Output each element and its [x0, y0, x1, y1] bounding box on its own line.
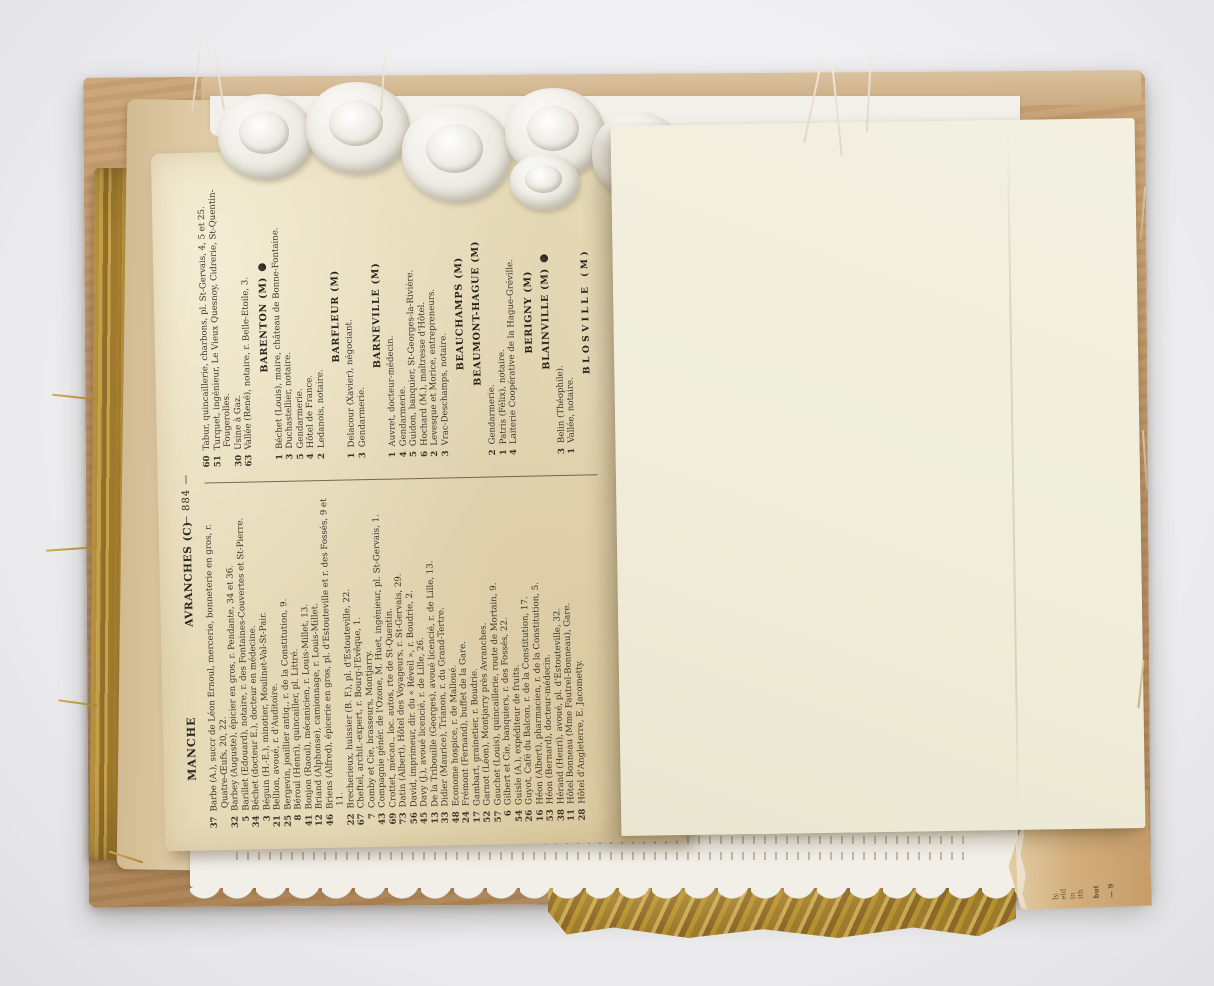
- subscriber-number: 30: [234, 455, 245, 477]
- subscriber-number: 1: [567, 448, 578, 470]
- lace-rose: [306, 82, 410, 174]
- subscriber-number: 69: [388, 813, 399, 835]
- subscriber-number: 43: [378, 813, 389, 835]
- subscriber-number: 3: [285, 454, 296, 476]
- subscriber-number: 6: [504, 810, 515, 832]
- subscriber-number: 3: [441, 450, 452, 472]
- subscriber-number: 1: [347, 452, 358, 474]
- subscriber-number: 2: [488, 449, 499, 471]
- photo-scene: ove ,anugealyetfieldthat ontedled atrnut…: [0, 0, 1214, 986]
- subscriber-number: 57: [493, 810, 504, 832]
- subscriber-number: 5: [241, 816, 252, 838]
- subscriber-number: 67: [357, 813, 368, 835]
- card-crease: [1007, 128, 1020, 822]
- subscriber-number: 2: [430, 451, 441, 473]
- subscriber-number: 63: [244, 454, 255, 476]
- subscriber-number: 16: [535, 809, 546, 831]
- subscriber-number: 12: [315, 814, 326, 836]
- subscriber-number: 46: [325, 814, 336, 836]
- subscriber-number: 4: [306, 453, 317, 475]
- running-head-department: MANCHE: [185, 716, 199, 781]
- subscriber-number: 32: [231, 816, 242, 838]
- french-directory-page: MANCHE AVRANCHES (C) — 884 — 37Barbe (A.…: [151, 143, 690, 852]
- subscriber-number: 38: [556, 809, 567, 831]
- subscriber-number: 3: [262, 815, 273, 837]
- lace-rose: [402, 104, 512, 202]
- subscriber-number: 3: [557, 448, 568, 470]
- lace-rose: [218, 94, 314, 180]
- subscriber-number: 13: [430, 812, 441, 834]
- subscriber-number: 5: [296, 453, 307, 475]
- column-heading-avranches: AVRANCHES (C): [181, 521, 195, 627]
- subscriber-number: 37: [210, 816, 221, 838]
- page-number: — 884 —: [180, 474, 192, 527]
- subscriber-number: 73: [399, 812, 410, 834]
- subscriber-number: 60: [202, 455, 213, 477]
- subscriber-number: 21: [273, 815, 284, 837]
- subscriber-number: 51: [213, 455, 224, 477]
- blank-cream-card: [611, 118, 1146, 836]
- subscriber-number: 5: [409, 451, 420, 473]
- subscriber-number: 7: [367, 813, 378, 835]
- directory-columns: 37Barbe (A.), succr de Léon Ernoul, merc…: [196, 152, 605, 838]
- subscriber-number: 53: [546, 809, 557, 831]
- subscriber-number: 56: [409, 812, 420, 834]
- subscriber-number: 4: [399, 451, 410, 473]
- lace-slit-row: [231, 852, 968, 860]
- subscriber-number: 1: [275, 454, 286, 476]
- ink-spot: [258, 263, 266, 271]
- left-column-entries: 37Barbe (A.), succr de Léon Ernoul, merc…: [203, 480, 605, 838]
- ink-spot: [540, 254, 548, 262]
- subscriber-number: 26: [525, 810, 536, 832]
- subscriber-number: 48: [451, 811, 462, 833]
- subscriber-number: 22: [346, 813, 357, 835]
- subscriber-number: 3: [358, 452, 369, 474]
- subscriber-number: 52: [483, 811, 494, 833]
- subscriber-number: 41: [304, 814, 315, 836]
- subscriber-number: 33: [441, 811, 452, 833]
- subscriber-number: 2: [317, 453, 328, 475]
- subscriber-number: 17: [472, 811, 483, 833]
- subscriber-number: 25: [283, 815, 294, 837]
- subscriber-number: 1: [499, 449, 510, 471]
- subscriber-number: 8: [294, 814, 305, 836]
- subscriber-number: 4: [509, 449, 520, 471]
- subscriber-number: 6: [420, 451, 431, 473]
- subscriber-number: 34: [252, 815, 263, 837]
- subscriber-number: 1: [388, 451, 399, 473]
- subscriber-number: 54: [514, 810, 525, 832]
- subscriber-number: 11: [567, 809, 578, 831]
- subscriber-number: 28: [577, 809, 588, 831]
- subscriber-number: 45: [420, 812, 431, 834]
- subscriber-number: 24: [462, 811, 473, 833]
- lace-rose: [510, 154, 580, 210]
